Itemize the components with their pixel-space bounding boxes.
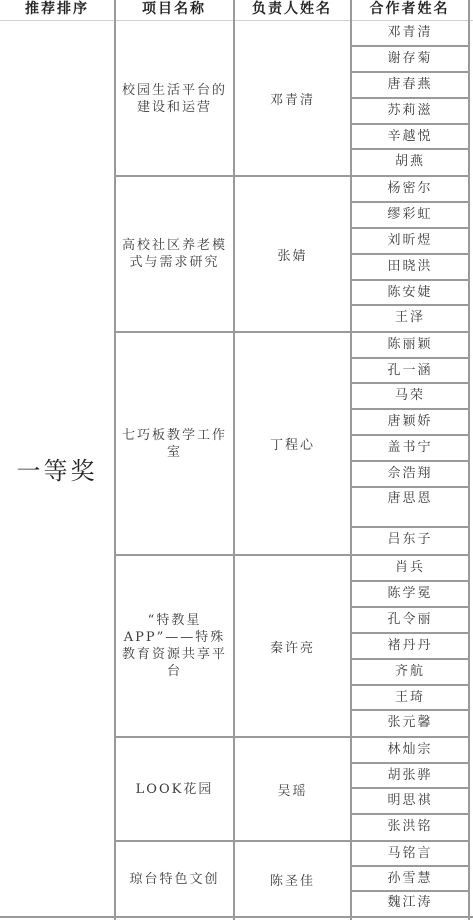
member-name: 王琦 xyxy=(352,686,468,711)
project-name: 高校社区养老模式与需求研究 xyxy=(116,177,233,331)
member-name: 盖书宁 xyxy=(352,436,468,462)
award-level: 一等奖 xyxy=(0,21,114,916)
header-collaborator-names: 合作者姓名 xyxy=(351,0,468,20)
member-name: 魏江涛 xyxy=(352,892,468,916)
leader-name: 邓青清 xyxy=(235,22,350,175)
header-leader-name: 负责人姓名 xyxy=(234,0,350,20)
member-name: 齐航 xyxy=(352,660,468,686)
member-name: 唐思恩 xyxy=(352,488,468,528)
member-name: 张元馨 xyxy=(352,711,468,736)
leader-name: 张婧 xyxy=(235,177,350,331)
member-name: 马铭言 xyxy=(352,842,468,867)
member-name: 张洪铭 xyxy=(352,815,468,840)
member-name: 孙雪慧 xyxy=(352,867,468,892)
award-table: 推荐排序 项目名称 负责人姓名 合作者姓名 一等奖 校园生活平台的建设和运营 邓… xyxy=(0,0,473,920)
member-name: 王泽 xyxy=(352,306,468,331)
member-name: 刘昕煜 xyxy=(352,229,468,255)
member-name: 谢存菊 xyxy=(352,47,468,73)
member-name: 佘浩翔 xyxy=(352,462,468,488)
member-name: 吕东子 xyxy=(352,528,468,554)
member-name: 孔一涵 xyxy=(352,359,468,384)
leader-name: 陈圣佳 xyxy=(235,842,350,916)
member-name: 明思祺 xyxy=(352,789,468,815)
project-name: 琼台特色文创 xyxy=(116,842,233,916)
header-rank: 推荐排序 xyxy=(0,0,114,20)
member-name: 唐春燕 xyxy=(352,73,468,99)
table-bottom-border xyxy=(0,916,473,918)
member-name: 辛越悦 xyxy=(352,125,468,150)
member-name: 杨密尔 xyxy=(352,177,468,203)
member-name: 马荣 xyxy=(352,384,468,410)
project-name: 校园生活平台的建设和运营 xyxy=(116,22,233,175)
member-name: 田晓洪 xyxy=(352,255,468,281)
leader-name: 秦许亮 xyxy=(235,556,350,736)
project-name: “特教星APP”——特殊教育资源共享平台 xyxy=(116,556,233,736)
member-name: 褚丹丹 xyxy=(352,634,468,660)
member-name: 陈丽颖 xyxy=(352,333,468,359)
member-name: 孔令丽 xyxy=(352,608,468,634)
member-name: 苏莉滋 xyxy=(352,99,468,125)
member-name: 缪彩虹 xyxy=(352,203,468,229)
table-right-border xyxy=(468,0,470,920)
member-name: 唐颖娇 xyxy=(352,410,468,436)
leader-name: 丁程心 xyxy=(235,333,350,554)
project-name: LOOK花园 xyxy=(116,738,233,840)
project-name: 七巧板教学工作室 xyxy=(116,333,233,554)
member-name: 胡燕 xyxy=(352,150,468,175)
member-name: 陈安婕 xyxy=(352,281,468,306)
member-name: 林灿宗 xyxy=(352,738,468,764)
member-name: 胡张骅 xyxy=(352,764,468,789)
leader-name: 吴瑶 xyxy=(235,738,350,840)
member-name: 邓青清 xyxy=(352,21,468,47)
member-name: 肖兵 xyxy=(352,556,468,582)
header-project-name: 项目名称 xyxy=(115,0,233,20)
member-name: 陈学冕 xyxy=(352,582,468,608)
